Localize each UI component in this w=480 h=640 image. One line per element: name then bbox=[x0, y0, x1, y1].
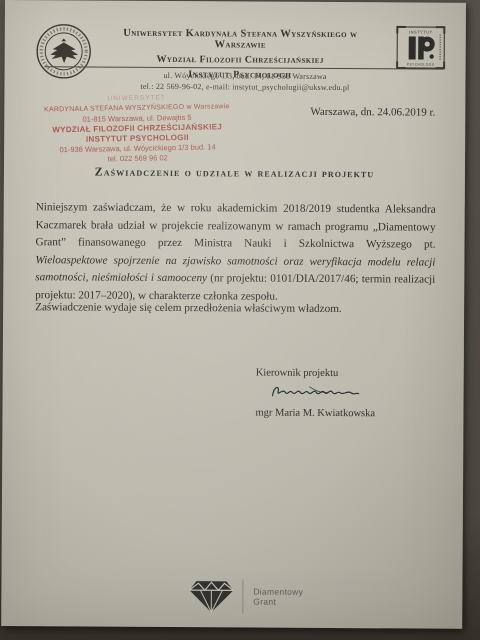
photo-of-document: { "document_type": "certificate-letter",… bbox=[0, 0, 480, 640]
svg-text:PSYCHOLOGII: PSYCHOLOGII bbox=[407, 62, 435, 66]
certificate-page: Uniwersytet Kardynała Stefana Wyszyńskie… bbox=[1, 0, 466, 629]
body-paragraph-1: Niniejszym zaświadczam, że w roku akadem… bbox=[35, 199, 436, 307]
document-title: Zaświadczenie o udziale w realizacji pro… bbox=[44, 164, 425, 181]
handwritten-signature bbox=[270, 382, 436, 408]
signer-name: mgr Maria M. Kwiatkowska bbox=[255, 408, 435, 420]
logo-word-2: Grant bbox=[253, 597, 303, 608]
logo-wordmark: Diamentowy Grant bbox=[253, 586, 303, 607]
diamentowy-grant-logo: Diamentowy Grant bbox=[188, 578, 303, 615]
body-paragraph-2: Zaświadczenie wydaje się celem przedłoże… bbox=[35, 301, 435, 315]
signer-role: Kierownik projektu bbox=[256, 368, 436, 380]
letterhead-address: ul. Wóycickiego 1/3, bud. 14, 01-938 War… bbox=[64, 70, 425, 93]
institute-ip-logo-icon: INSTYTUT PSYCHOLOGII bbox=[396, 25, 446, 69]
institute-address-stamp: UNIWERSYTET KARDYNAŁA STEFANA WYSZYŃSKIE… bbox=[32, 92, 243, 166]
svg-text:INSTYTUT: INSTYTUT bbox=[409, 29, 433, 34]
signature-block: Kierownik projektu mgr Maria M. Kwiatkow… bbox=[255, 368, 435, 420]
faculty-name: Wydział Filozofii Chrześcijańskiej bbox=[97, 54, 384, 67]
logo-word-1: Diamentowy bbox=[253, 586, 303, 597]
logo-divider bbox=[242, 579, 243, 613]
body-text: Niniejszym zaświadczam, że w roku akadem… bbox=[35, 201, 435, 251]
contact-line: tel.: 22 569-96-02, e-mail: instytut_psy… bbox=[64, 81, 425, 94]
university-name: Uniwersytet Kardynała Stefana Wyszyńskie… bbox=[97, 28, 384, 52]
date-line: Warszawa, dn. 24.06.2019 r. bbox=[310, 106, 435, 119]
diamond-icon bbox=[188, 578, 234, 614]
